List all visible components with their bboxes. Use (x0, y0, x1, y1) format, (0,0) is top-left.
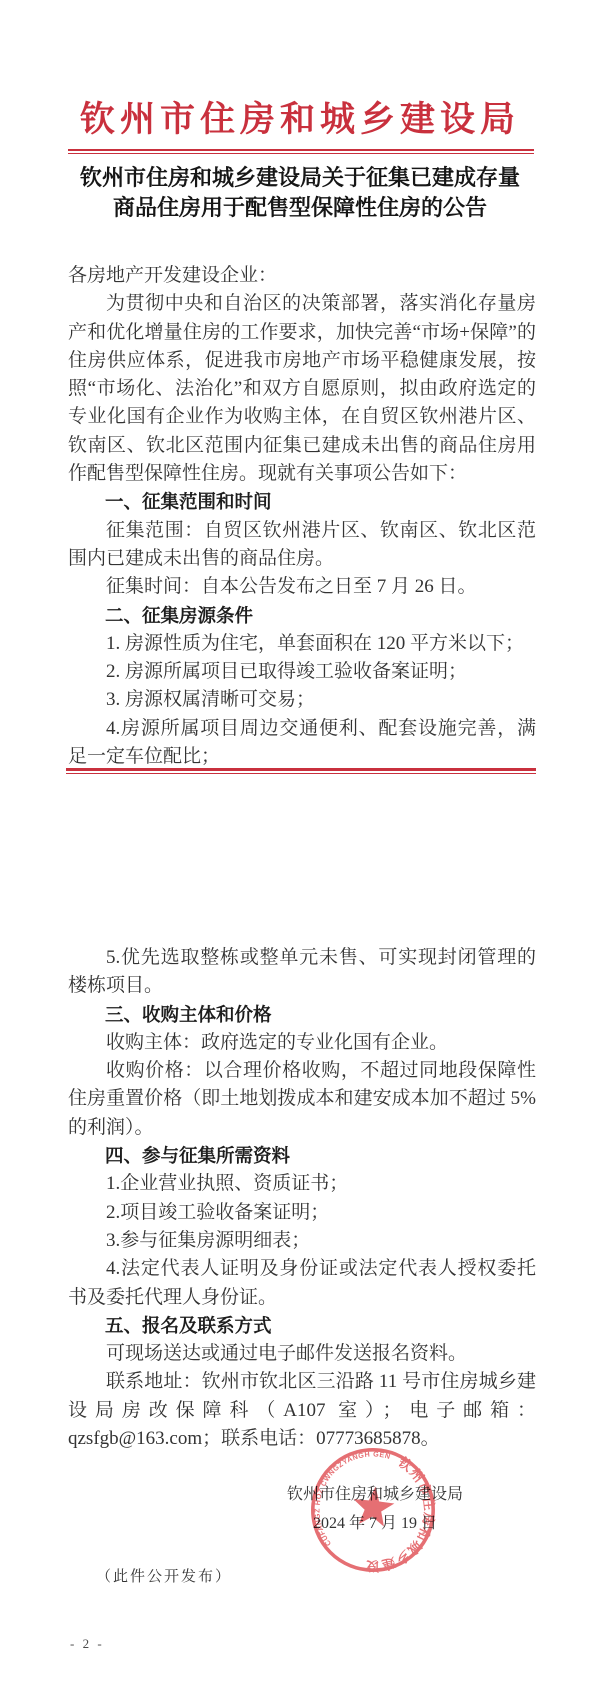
official-seal-graphic: CUFANGZ HOZ CWNGZYANGH GENSEZ GIZ 钦州市住房和… (294, 1431, 452, 1589)
paragraph-time: 征集时间：自本公告发布之日至 7 月 26 日。 (68, 573, 536, 601)
paragraph-buyer: 收购主体：政府选定的专业化国有企业。 (68, 1029, 536, 1057)
banner-rule (68, 149, 534, 154)
list-item: 4.房源所属项目周边交通便利、配套设施完善，满足一定车位配比； (68, 715, 536, 772)
list-item: 2.项目竣工验收备案证明； (68, 1199, 536, 1227)
agency-banner: 钦州市住房和城乡建设局 (0, 92, 600, 142)
paragraph-delivery: 可现场送达或通过电子邮件发送报名资料。 (68, 1340, 536, 1368)
page-number: - 2 - (70, 1636, 104, 1652)
list-item: 2. 房源所属项目已取得竣工验收备案证明； (68, 658, 536, 686)
document-title-line1: 钦州市住房和城乡建设局关于征集已建成存量 (40, 163, 560, 193)
section2-heading: 二、征集房源条件 (68, 602, 536, 630)
section4-heading: 四、参与征集所需资料 (68, 1142, 536, 1170)
list-item: 3.参与征集房源明细表； (68, 1227, 536, 1255)
salutation: 各房地产开发建设企业： (68, 262, 536, 290)
paragraph-price: 收购价格：以合理价格收购，不超过同地段保障性住房重置价格（即土地划拨成本和建安成… (68, 1057, 536, 1142)
list-item: 5.优先选取整栋或整单元未售、可实现封闭管理的楼栋项目。 (68, 944, 536, 1001)
star-icon (351, 1484, 396, 1527)
paragraph-scope: 征集范围：自贸区钦州港片区、钦南区、钦北区范围内已建成未出售的商品住房。 (68, 517, 536, 574)
body-part2: 5.优先选取整栋或整单元未售、可实现封闭管理的楼栋项目。 三、收购主体和价格 收… (68, 944, 536, 1453)
section1-heading: 一、征集范围和时间 (68, 488, 536, 516)
list-item: 3. 房源权属清晰可交易； (68, 686, 536, 714)
list-item: 4.法定代表人证明及身份证或法定代表人授权委托书及委托代理人身份证。 (68, 1255, 536, 1312)
list-item: 1.企业营业执照、资质证书； (68, 1170, 536, 1198)
intro-paragraph: 为贯彻中央和自治区的决策部署，落实消化存量房产和优化增量住房的工作要求，加快完善… (68, 290, 536, 488)
official-seal: CUFANGZ HOZ CWNGZYANGH GENSEZ GIZ 钦州市住房和… (294, 1431, 452, 1589)
public-release-note: （此件公开发布） (96, 1565, 232, 1586)
section3-heading: 三、收购主体和价格 (68, 1001, 536, 1029)
document-title-line2: 商品住房用于配售型保障性住房的公告 (40, 193, 560, 223)
paragraph-contact: 联系地址：钦州市钦北区三沿路 11 号市住房城乡建设局房改保障科（A107 室）… (68, 1368, 536, 1453)
document-title: 钦州市住房和城乡建设局关于征集已建成存量 商品住房用于配售型保障性住房的公告 (40, 163, 560, 222)
list-item: 1. 房源性质为住宅，单套面积在 120 平方米以下； (68, 630, 536, 658)
section5-heading: 五、报名及联系方式 (68, 1312, 536, 1340)
body-part1: 各房地产开发建设企业： 为贯彻中央和自治区的决策部署，落实消化存量房产和优化增量… (68, 262, 536, 771)
page-divider (66, 768, 536, 774)
document-page: 钦州市住房和城乡建设局 钦州市住房和城乡建设局关于征集已建成存量 商品住房用于配… (0, 0, 600, 1696)
